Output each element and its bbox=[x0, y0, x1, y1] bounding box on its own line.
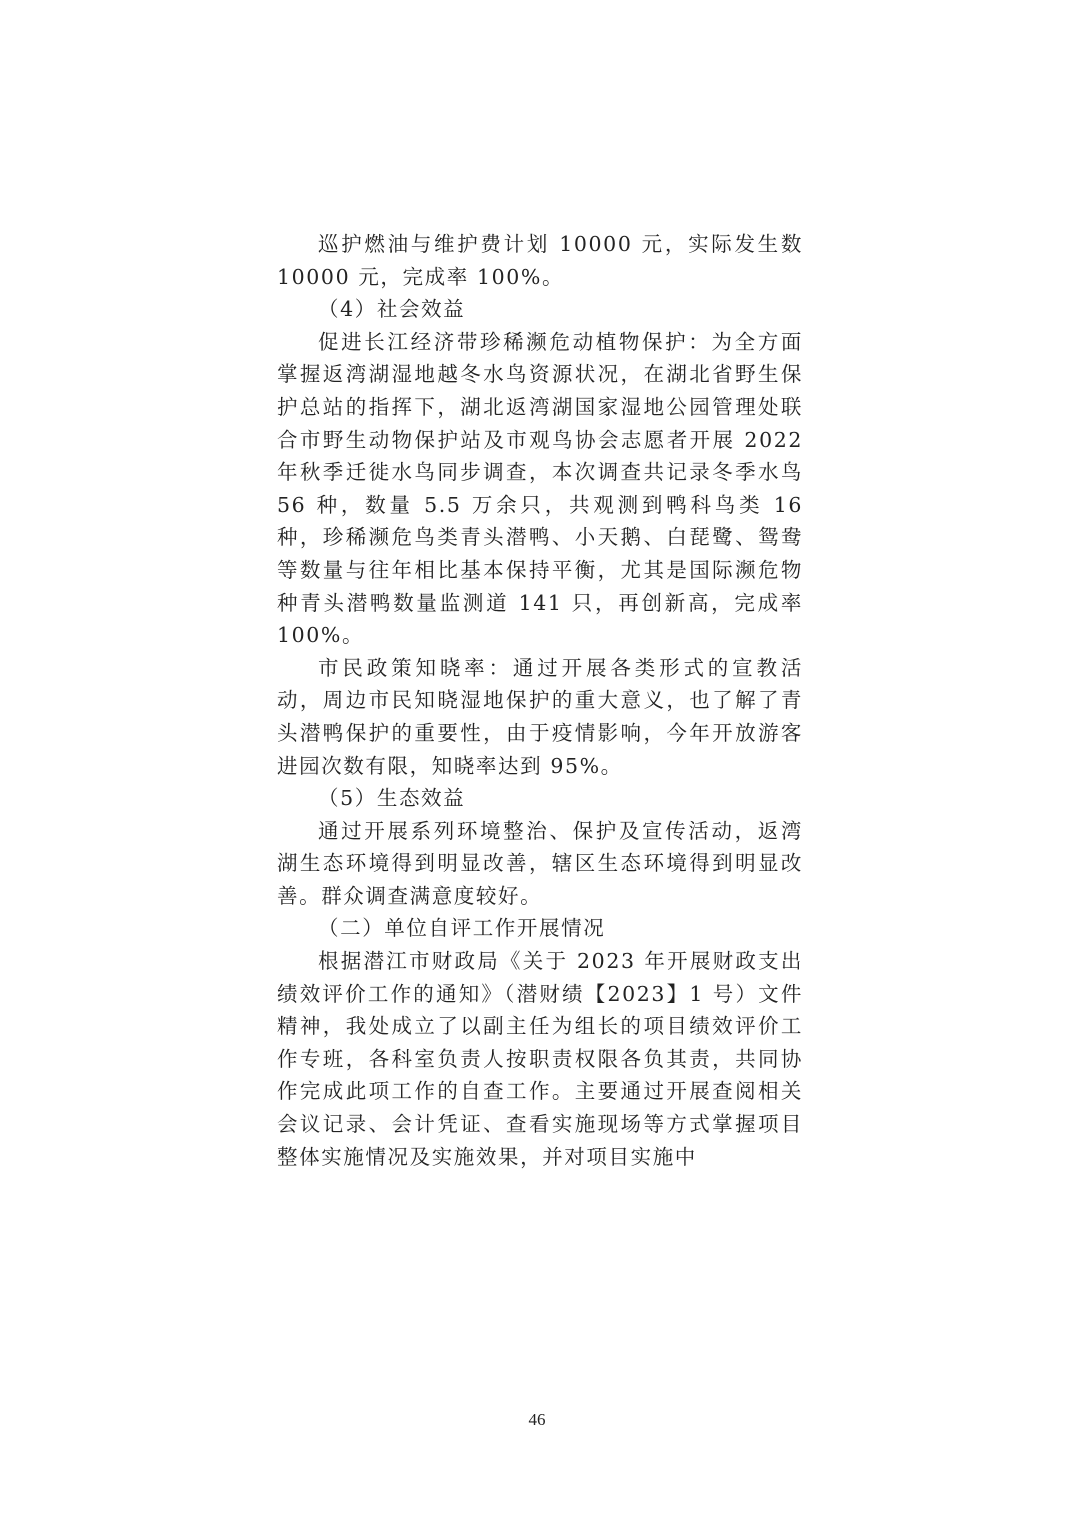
page-number: 46 bbox=[0, 1410, 1074, 1430]
paragraph-self-evaluation-process: 根据潜江市财政局《关于 2023 年开展财政支出绩效评价工作的通知》（潜财绩【2… bbox=[277, 945, 803, 1173]
heading-ecological-benefit: （5）生态效益 bbox=[277, 782, 803, 815]
paragraph-ecological-improvement: 通过开展系列环境整治、保护及宣传活动，返湾湖生态环境得到明显改善，辖区生态环境得… bbox=[277, 815, 803, 913]
paragraph-public-awareness: 市民政策知晓率：通过开展各类形式的宣教活动，周边市民知晓湿地保护的重大意义，也了… bbox=[277, 652, 803, 782]
document-page: 巡护燃油与维护费计划 10000 元，实际发生数 10000 元，完成率 100… bbox=[0, 0, 1074, 1520]
paragraph-species-protection: 促进长江经济带珍稀濒危动植物保护：为全方面掌握返湾湖湿地越冬水鸟资源状况，在湖北… bbox=[277, 326, 803, 652]
heading-self-evaluation: （二）单位自评工作开展情况 bbox=[277, 912, 803, 945]
paragraph-fuel-maintenance: 巡护燃油与维护费计划 10000 元，实际发生数 10000 元，完成率 100… bbox=[277, 228, 803, 293]
page-body: 巡护燃油与维护费计划 10000 元，实际发生数 10000 元，完成率 100… bbox=[277, 228, 803, 1173]
heading-social-benefit: （4）社会效益 bbox=[277, 293, 803, 326]
